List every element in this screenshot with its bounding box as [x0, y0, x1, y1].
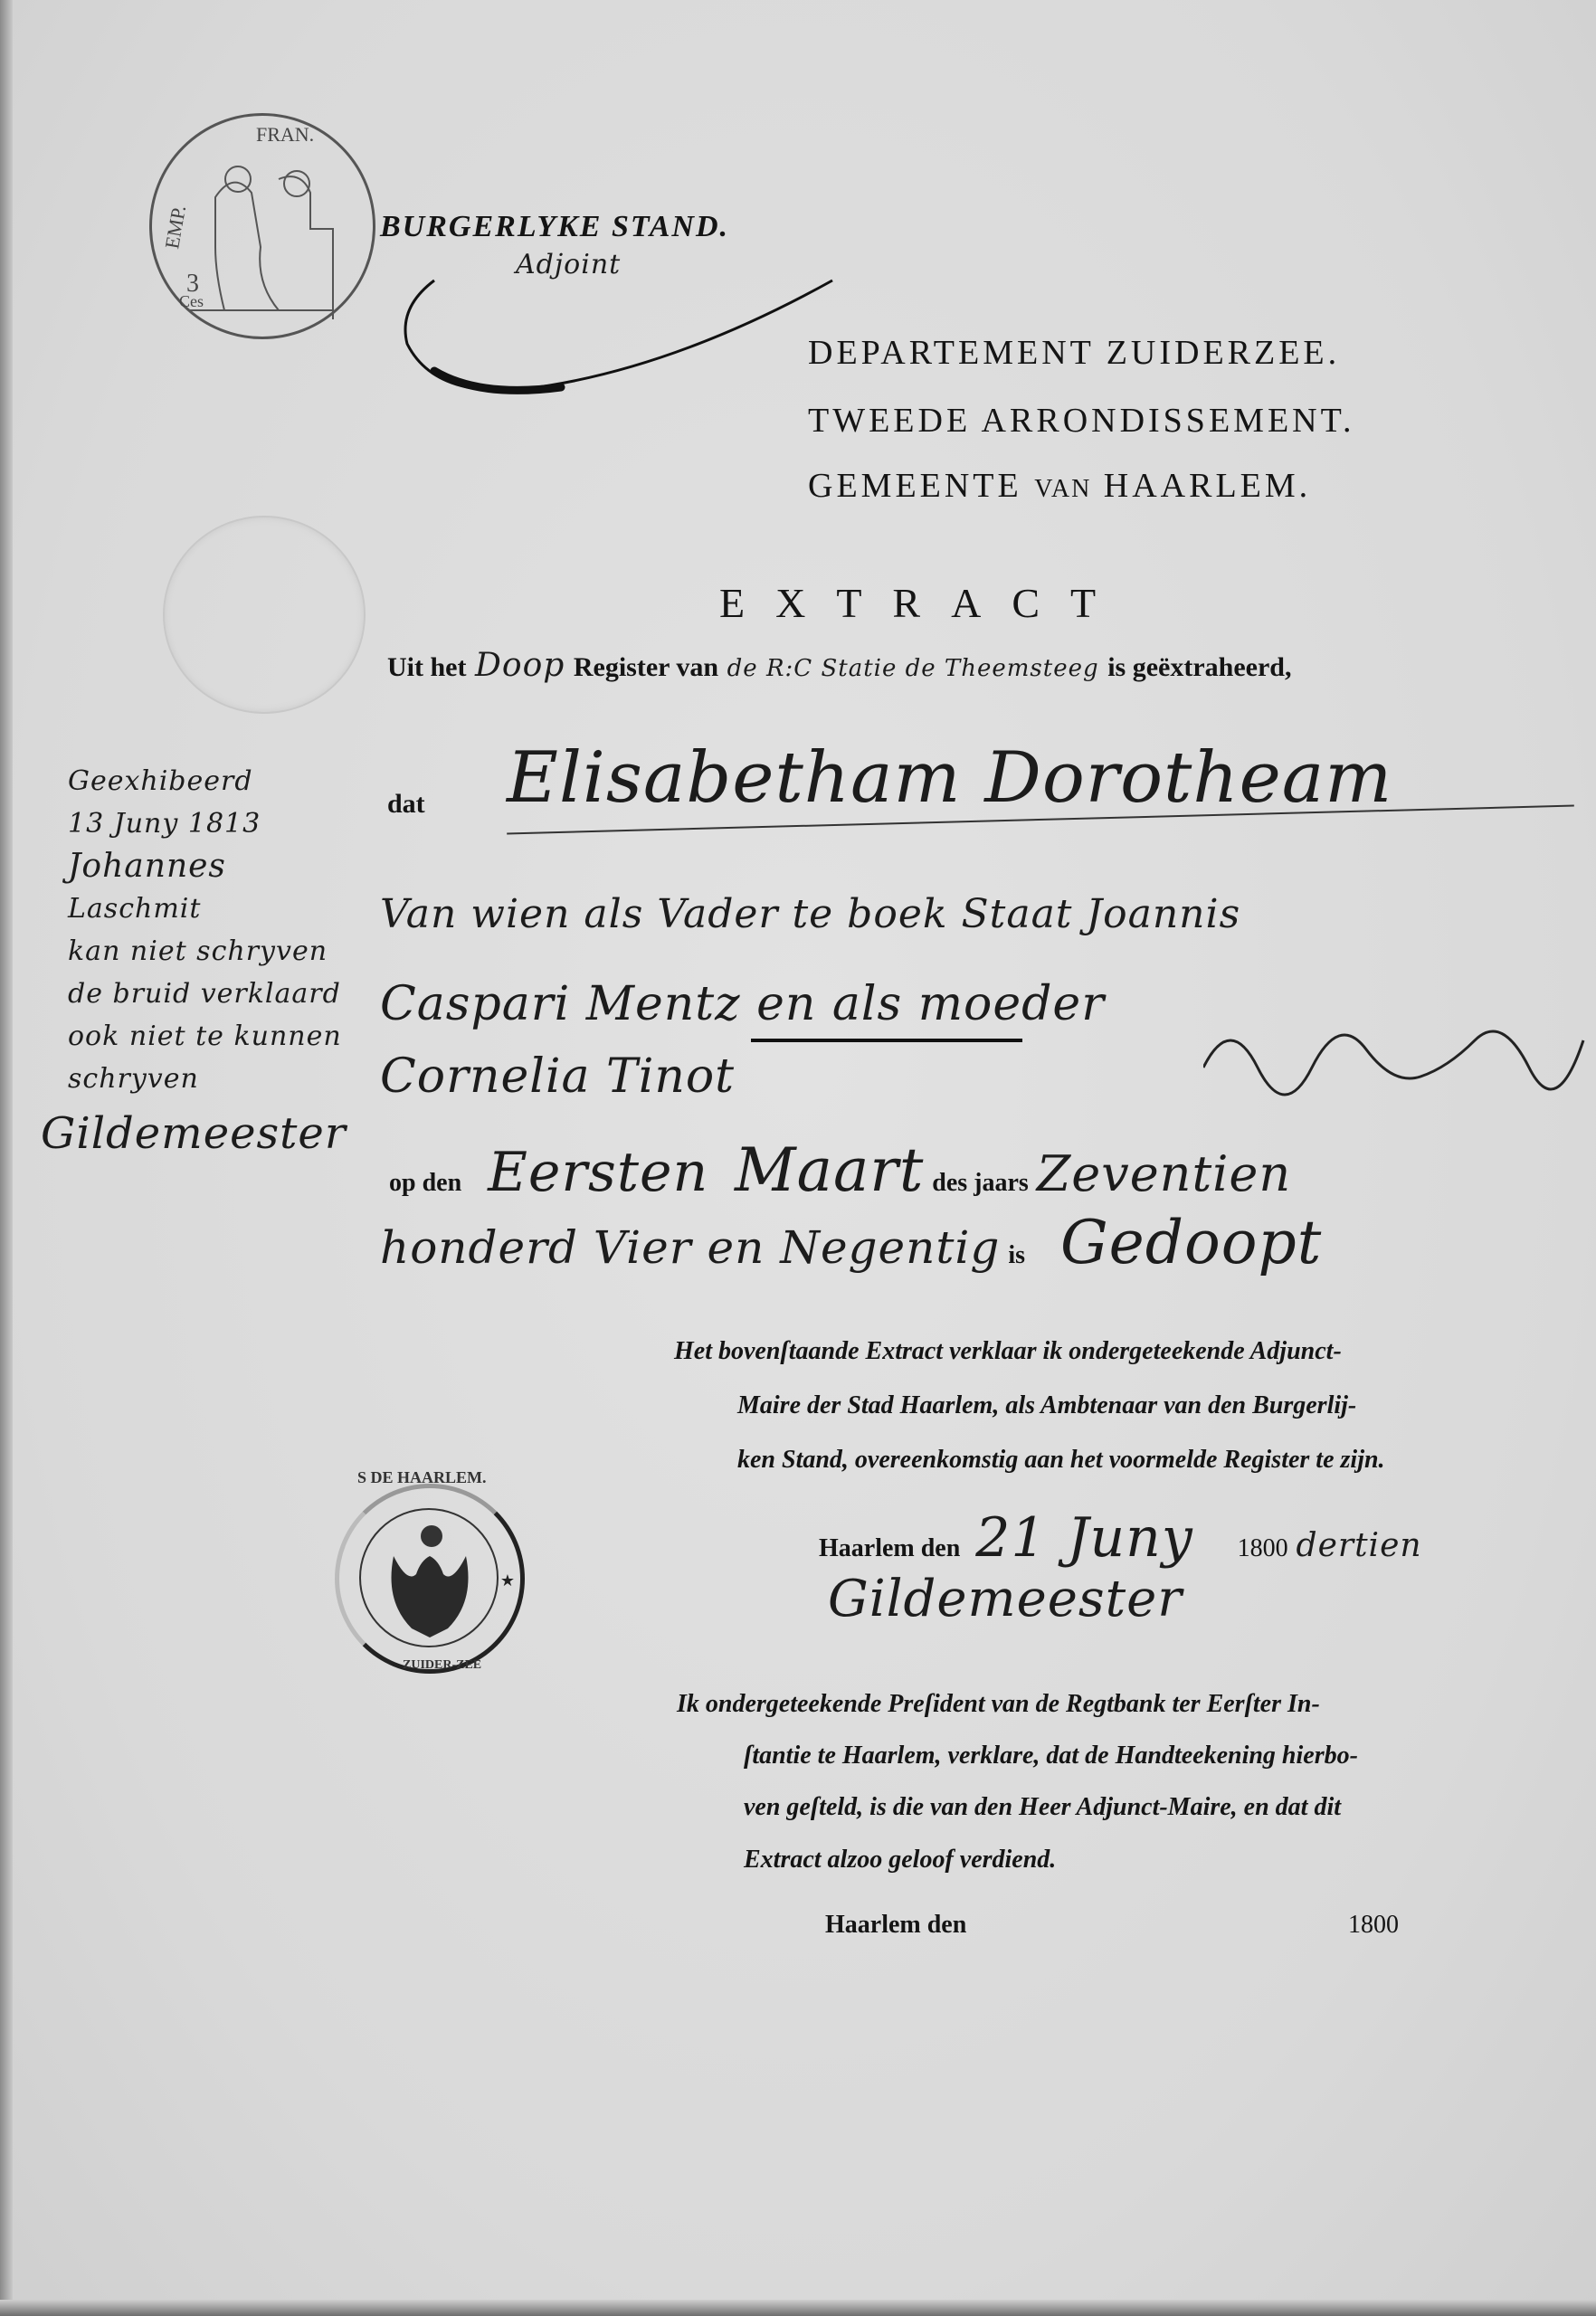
page-edge-left — [0, 0, 13, 2316]
seal-star-icon: ★ — [500, 1571, 515, 1590]
margin-line-7: ook niet te kunnen — [68, 1015, 342, 1058]
date-line-2: honderd Vier en Negentig is Gedoopt — [380, 1208, 1322, 1277]
certification-line-1: Het bovenſtaande Extract verklaar ik ond… — [674, 1337, 1342, 1366]
register-middle: Register van — [574, 652, 718, 682]
margin-line-3: Johannes — [68, 845, 342, 887]
register-type: Doop — [475, 647, 565, 684]
legalisation-line-1: Ik ondergeteekende Preſident van de Regt… — [677, 1690, 1320, 1719]
tax-stamp: FRAN. EMP. 3 Ces — [149, 113, 375, 339]
cert-place-label: Haarlem den — [819, 1534, 960, 1562]
margin-note: Geexhibeerd 13 Juny 1813 Johannes Laschm… — [68, 760, 342, 1100]
margin-line-2: 13 Juny 1813 — [68, 802, 342, 845]
dat-label: dat — [387, 789, 425, 820]
date-year-part2: honderd Vier en Negentig — [380, 1221, 1000, 1274]
margin-line-4: Laschmit — [68, 887, 342, 930]
document-page: FRAN. EMP. 3 Ces BURGERLYKE STAND. Adjoi… — [0, 0, 1596, 2316]
date-is-label: is — [1008, 1241, 1025, 1269]
cert-signature: Gildemeester — [828, 1570, 1183, 1628]
register-suffix: is geëxtraheerd, — [1107, 652, 1291, 682]
stamp-text-top: FRAN. — [256, 123, 314, 147]
register-institution: de R:C Statie de Theemsteeg — [727, 655, 1099, 682]
line-filler-wave-icon — [1203, 1022, 1592, 1104]
date-year-part1: Zeventien — [1037, 1145, 1291, 1202]
pen-flourish-icon — [380, 271, 850, 407]
header-municipality-b: VAN — [1034, 475, 1091, 503]
register-line: Uit het Doop Register van de R:C Statie … — [387, 647, 1291, 684]
seal-ring-top: S DE HAARLEM. — [357, 1468, 487, 1487]
header-municipality: GEMEENTE VAN HAARLEM. — [808, 466, 1311, 506]
certification-date: Haarlem den 21 Juny 1800 dertien — [819, 1506, 1422, 1570]
margin-line-6: de bruid verklaard — [68, 973, 342, 1015]
parents-line-1: Van wien als Vader te boek Staat Joannis — [380, 891, 1240, 937]
eagle-icon — [375, 1520, 484, 1647]
header-municipality-c: HAARLEM. — [1104, 467, 1311, 505]
cert-month: Juny — [1067, 1506, 1192, 1570]
header-department: DEPARTEMENT ZUIDERZEE. — [808, 333, 1340, 373]
margin-line-1: Geexhibeerd — [68, 760, 342, 802]
document-title: EXTRACT — [719, 579, 1126, 627]
date-line-1: op den Eersten Maart des jaars Zeventien — [389, 1135, 1291, 1205]
date-day: Eersten — [488, 1141, 708, 1204]
date-middle: des jaars — [932, 1169, 1029, 1197]
header-arrondissement: TWEEDE ARRONDISSEMENT. — [808, 401, 1355, 441]
date-prefix: op den — [389, 1169, 461, 1197]
legalisation-line-2: ſtantie te Haarlem, verklare, dat de Han… — [744, 1742, 1358, 1770]
baptism-act: Gedoopt — [1060, 1208, 1322, 1277]
child-name: Elisabetham Dorotheam — [507, 737, 1392, 819]
imperial-eagle-seal: S DE HAARLEM. ★ ZUIDER-ZEE — [335, 1484, 525, 1674]
cert-year-printed: 1800 — [1238, 1534, 1288, 1562]
certification-line-3: ken Stand, overeenkomstig aan het voorme… — [737, 1446, 1385, 1475]
legalisation-place-label: Haarlem den — [825, 1911, 966, 1940]
margin-signature: Gildemeester — [41, 1108, 347, 1159]
legalisation-line-4: Extract alzoo geloof verdiend. — [744, 1846, 1056, 1875]
parents-line-3: Cornelia Tinot — [380, 1049, 735, 1104]
surname-underline — [751, 1039, 1022, 1042]
legalisation-line-3: ven geſteld, is die van den Heer Adjunct… — [744, 1793, 1341, 1822]
certification-line-2: Maire der Stad Haarlem, als Ambtenaar va… — [737, 1391, 1356, 1420]
seal-ring-bottom: ZUIDER-ZEE — [403, 1658, 481, 1673]
office-title: BURGERLYKE STAND. — [380, 210, 729, 244]
stamp-unit: Ces — [179, 292, 204, 311]
cert-year-handwritten: dertien — [1297, 1527, 1422, 1564]
blind-embossed-seal — [163, 516, 366, 714]
page-edge-bottom — [0, 2300, 1596, 2316]
header-municipality-a: GEMEENTE — [808, 467, 1022, 505]
margin-line-5: kan niet schryven — [68, 930, 342, 973]
parents-line-2: Caspari Mentz en als moeder — [380, 977, 1105, 1031]
cert-day: 21 — [975, 1506, 1046, 1570]
register-prefix: Uit het — [387, 652, 466, 682]
legalisation-year: 1800 — [1348, 1911, 1399, 1940]
date-month: Maart — [735, 1135, 924, 1205]
margin-line-8: schryven — [68, 1058, 342, 1100]
